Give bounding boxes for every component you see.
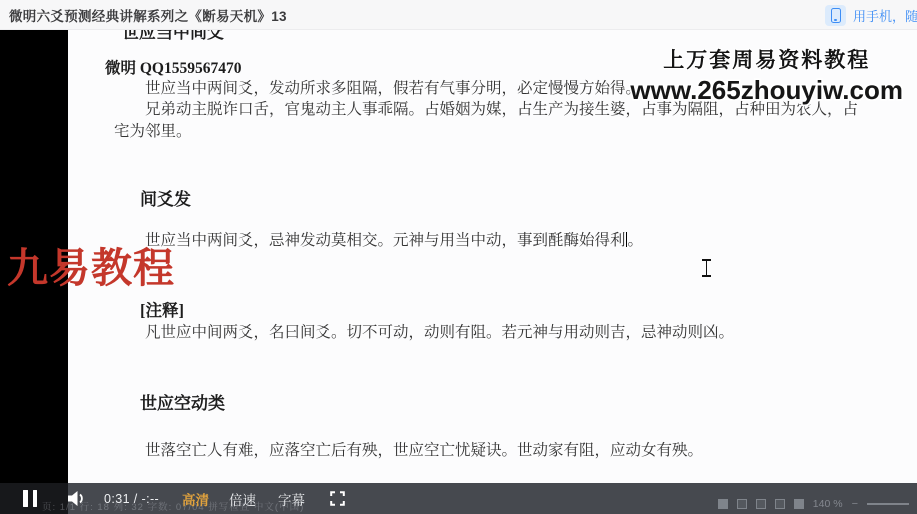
section-heading-zhushi: [注释]: [140, 297, 184, 321]
video-frame[interactable]: 世应当中间爻 微明 QQ1559567470 世应当中两间爻，发动所求多阻隔，假…: [0, 30, 917, 514]
ghost-word-statusbar-right: 140 % −: [718, 498, 909, 510]
zoom-level-text: 140 %: [813, 498, 843, 510]
speaker-icon: [67, 490, 86, 507]
shiyingkongdong-paragraph: 世落空亡人有难，应落空亡后有殃，世应空亡忧疑诀。世动家有阻，应动女有殃。: [114, 440, 703, 462]
verse-paragraph: 世应当中两间爻，发动所求多阻隔，假若有气事分明，必定慢慢方始得。: [114, 78, 641, 100]
print-layout-view-icon: [718, 499, 728, 509]
web-layout-view-icon: [756, 499, 766, 509]
ibeam-cursor: [701, 259, 712, 277]
titlebar: 微明六爻预测经典讲解系列之《断易天机》13 用手机，随时: [0, 0, 917, 30]
mobile-link-label: 用手机，随时: [853, 6, 917, 25]
zoom-slider: [867, 503, 909, 505]
fullscreen-reading-view-icon: [737, 499, 747, 509]
section-heading-jianyaofa: 间爻发: [140, 185, 191, 210]
phone-icon: [825, 5, 846, 26]
header-watermark-text: 上万套周易资料教程: [630, 44, 903, 74]
draft-view-icon: [794, 499, 804, 509]
author-qq-line: 微明 QQ1559567470: [105, 56, 242, 78]
volume-button[interactable]: [67, 483, 86, 514]
subtitle-button[interactable]: 字幕: [278, 483, 305, 514]
zhushi-paragraph: 凡世应中间两爻，名曰间爻。切不可动，动则有阻。若元神与用动则吉，忌神动则凶。: [114, 322, 734, 344]
fullscreen-icon: [330, 491, 345, 506]
pause-button[interactable]: [23, 483, 37, 514]
video-title: 微明六爻预测经典讲解系列之《断易天机》13: [9, 5, 287, 25]
zoom-out-icon: −: [852, 498, 858, 510]
jianyaofa-text: 世应当中两间爻，忌神发动莫相交。元神与用当中动，事到酕酶始得利: [145, 232, 626, 249]
header-watermark: 上万套周易资料教程 www.265zhouyiw.com: [630, 44, 903, 106]
clipped-section-heading: 世应当中间爻: [122, 30, 224, 43]
fullscreen-button[interactable]: [330, 483, 345, 514]
pause-icon: [23, 490, 28, 507]
quality-button[interactable]: 高清: [182, 483, 209, 514]
player-controlbar: 页: 1/1 行: 18 列: 32 字数: 07/04 拼写检查 中文(中国)…: [0, 483, 917, 514]
mobile-watch-link[interactable]: 用手机，随时: [825, 0, 917, 30]
video-player-window: 微明六爻预测经典讲解系列之《断易天机》13 用手机，随时 世应当中间爻 微明 Q…: [0, 0, 917, 514]
playback-speed-button[interactable]: 倍速: [229, 483, 256, 514]
section-heading-shiyingkongdong: 世应空动类: [140, 389, 225, 414]
jianyaofa-text-end: 。: [628, 232, 644, 249]
outline-view-icon: [775, 499, 785, 509]
header-watermark-url: www.265zhouyiw.com: [630, 75, 903, 106]
time-display: 0:31 / -:--: [104, 483, 159, 514]
jianyaofa-paragraph: 世应当中两间爻，忌神发动莫相交。元神与用当中动，事到酕酶始得利。: [114, 230, 643, 252]
red-watermark: 九易教程: [7, 235, 175, 294]
